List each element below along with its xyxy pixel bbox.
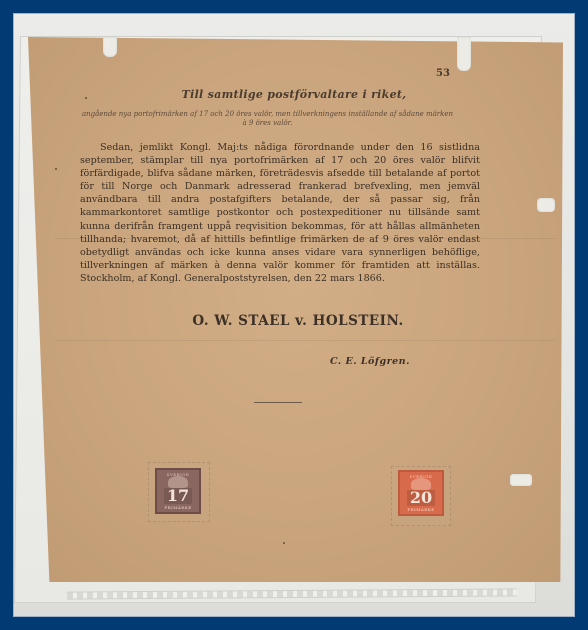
paper-speck [85, 97, 87, 99]
stamp-value: 17 [164, 488, 192, 504]
mounting-tab [457, 37, 471, 71]
document-body: Sedan, jemlikt Kongl. Maj:ts nådiga föro… [80, 141, 480, 285]
page-number: 53 [436, 68, 450, 79]
stamp-value: 20 [407, 490, 435, 506]
stamp-17-ore: SVERIGE 17 FRIMÄRKE [155, 468, 201, 514]
signature-secondary: C. E. Löfgren. [330, 356, 410, 367]
divider-rule [254, 402, 302, 403]
stamp-legend-bottom: FRIMÄRKE [407, 507, 434, 512]
paper-speck [283, 542, 285, 544]
paper-speck [55, 168, 57, 170]
stamp-legend-bottom: FRIMÄRKE [164, 505, 191, 510]
mounting-tab [103, 37, 117, 57]
document-subtitle: angående nya portofrimärken af 17 och 20… [80, 110, 455, 128]
crown-emblem-icon [411, 478, 431, 490]
signature-main: O. W. STAEL v. HOLSTEIN. [0, 313, 588, 329]
crown-emblem-icon [168, 476, 188, 488]
mounting-tab [537, 198, 555, 212]
paper-fold-line [55, 340, 555, 341]
body-paragraph: Sedan, jemlikt Kongl. Maj:ts nådiga föro… [80, 141, 480, 285]
mounting-tab [510, 474, 532, 486]
stamp-20-ore: SVERIGE 20 FRIMÄRKE [398, 470, 444, 516]
document-title: Till samtlige postförvaltare i riket, [0, 88, 588, 101]
